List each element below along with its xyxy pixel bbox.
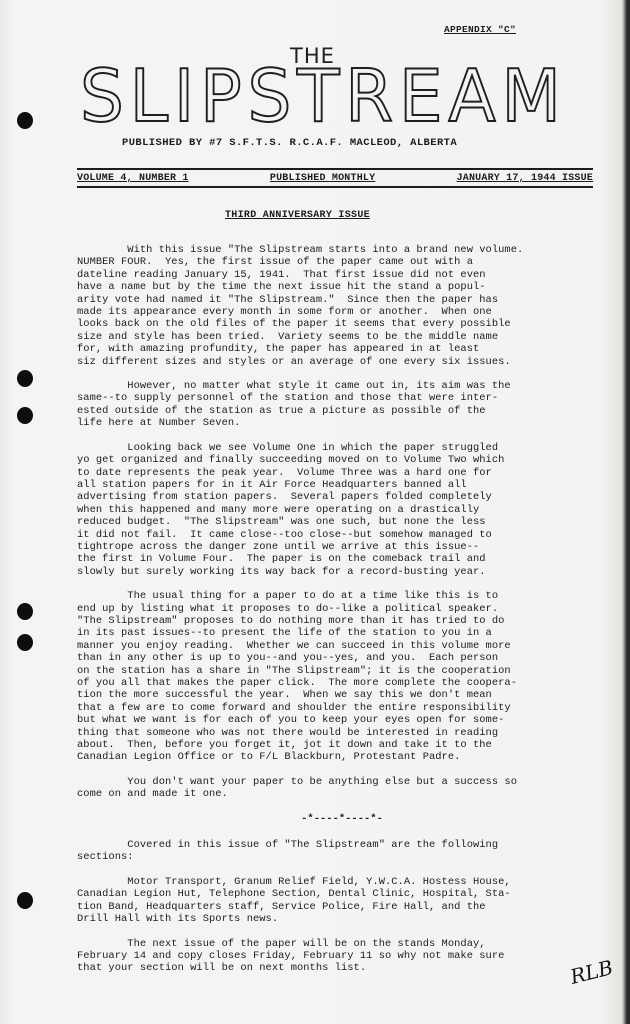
punch-hole <box>17 634 33 651</box>
text-line: sections: <box>77 851 607 863</box>
text-line: when this happened and many more were op… <box>77 504 607 516</box>
punch-hole <box>17 603 33 620</box>
text-line: However, no matter what style it came ou… <box>77 380 607 392</box>
text-line: Canadian Legion Hut, Telephone Section, … <box>77 888 607 900</box>
text-line: ested outside of the station as true a p… <box>77 405 607 417</box>
document-page: APPENDIX "C" THE SLIPSTREAM PUBLISHED BY… <box>0 0 630 1024</box>
text-line: all station papers for in it Air Force H… <box>77 479 607 491</box>
text-line: advertising from station papers. Several… <box>77 491 607 503</box>
text-line: tightrope across the danger zone until w… <box>77 541 607 553</box>
text-line: arity vote had named it "The Slipstream.… <box>77 294 607 306</box>
text-line: size and style has been tried. Variety s… <box>77 331 607 343</box>
text-line: thing that someone who was not there wou… <box>77 727 607 739</box>
text-line: for, with amazing profundity, the paper … <box>77 343 607 355</box>
text-line: The usual thing for a paper to do at a t… <box>77 590 607 602</box>
text-line: With this issue "The Slipstream starts i… <box>77 244 607 256</box>
text-line: of you all that makes the paper click. T… <box>77 677 607 689</box>
paragraph: The usual thing for a paper to do at a t… <box>77 590 607 764</box>
text-line: You don't want your paper to be anything… <box>77 776 607 788</box>
text-line: slowly but surely working its way back f… <box>77 566 607 578</box>
text-line: that a few are to come forward and shoul… <box>77 702 607 714</box>
text-line: The next issue of the paper will be on t… <box>77 938 607 950</box>
section-title: THIRD ANNIVERSARY ISSUE <box>225 210 370 221</box>
paragraph: Looking back we see Volume One in which … <box>77 442 607 578</box>
text-line: in its past issues--to present the life … <box>77 627 607 639</box>
paragraphs-before-separator: With this issue "The Slipstream starts i… <box>77 244 607 801</box>
publisher-line: PUBLISHED BY #7 S.F.T.S. R.C.A.F. MACLEO… <box>122 137 457 149</box>
text-line: end up by listing what it proposes to do… <box>77 603 607 615</box>
paragraph: You don't want your paper to be anything… <box>77 776 607 801</box>
text-line: tion the more successful the year. When … <box>77 689 607 701</box>
text-line: tion Band, Headquarters staff, Service P… <box>77 901 607 913</box>
text-line: to date represents the peak year. Volume… <box>77 467 607 479</box>
article-body: With this issue "The Slipstream starts i… <box>77 244 607 987</box>
text-line: the first in Volume Four. The paper is o… <box>77 553 607 565</box>
publication-frequency: PUBLISHED MONTHLY <box>270 173 375 184</box>
text-line: siz different sizes and styles or an ave… <box>77 356 607 368</box>
text-line: Covered in this issue of "The Slipstream… <box>77 839 607 851</box>
text-line: same--to supply personnel of the station… <box>77 392 607 404</box>
punch-hole <box>17 407 33 424</box>
text-line: yo get organized and finally succeeding … <box>77 454 607 466</box>
paragraph: However, no matter what style it came ou… <box>77 380 607 430</box>
text-line: Canadian Legion Office or to F/L Blackbu… <box>77 751 607 763</box>
separator: -*----*----*- <box>77 813 607 825</box>
paragraphs-after-separator: Covered in this issue of "The Slipstream… <box>77 839 607 975</box>
paragraph: Motor Transport, Granum Relief Field, Y.… <box>77 876 607 926</box>
text-line: on the station has a share in "The Slips… <box>77 665 607 677</box>
text-line: manner you enjoy reading. Whether we can… <box>77 640 607 652</box>
issue-info-bar: VOLUME 4, NUMBER 1 PUBLISHED MONTHLY JAN… <box>77 168 593 188</box>
text-line: reduced budget. "The Slipstream" was one… <box>77 516 607 528</box>
text-line: come on and made it one. <box>77 788 607 800</box>
masthead-title: SLIPSTREAM <box>80 60 579 132</box>
text-line: about. Then, before you forget it, jot i… <box>77 739 607 751</box>
punch-hole <box>17 892 33 909</box>
text-line: looks back on the old files of the paper… <box>77 318 607 330</box>
text-line: "The Slipstream" proposes to do nothing … <box>77 615 607 627</box>
text-line: Motor Transport, Granum Relief Field, Y.… <box>77 876 607 888</box>
text-line: Looking back we see Volume One in which … <box>77 442 607 454</box>
text-line: life here at Number Seven. <box>77 417 607 429</box>
text-line: that your section will be on next months… <box>77 962 607 974</box>
text-line: February 14 and copy closes Friday, Febr… <box>77 950 607 962</box>
text-line: but what we want is for each of you to k… <box>77 714 607 726</box>
paragraph: Covered in this issue of "The Slipstream… <box>77 839 607 864</box>
punch-hole <box>17 370 33 387</box>
paragraph: With this issue "The Slipstream starts i… <box>77 244 607 368</box>
text-line: NUMBER FOUR. Yes, the first issue of the… <box>77 256 607 268</box>
paragraph: The next issue of the paper will be on t… <box>77 938 607 975</box>
text-line: have a name but by the time the next iss… <box>77 281 607 293</box>
text-line: dateline reading January 15, 1941. That … <box>77 269 607 281</box>
text-line: it did not fail. It came close--too clos… <box>77 529 607 541</box>
text-line: Drill Hall with its Sports news. <box>77 913 607 925</box>
punch-hole <box>17 112 33 129</box>
text-line: than in any other is up to you--and you-… <box>77 652 607 664</box>
volume-number: VOLUME 4, NUMBER 1 <box>77 173 189 184</box>
text-line: made its appearance every month in some … <box>77 306 607 318</box>
appendix-label: APPENDIX "C" <box>444 24 516 35</box>
issue-date: JANUARY 17, 1944 ISSUE <box>457 173 593 184</box>
